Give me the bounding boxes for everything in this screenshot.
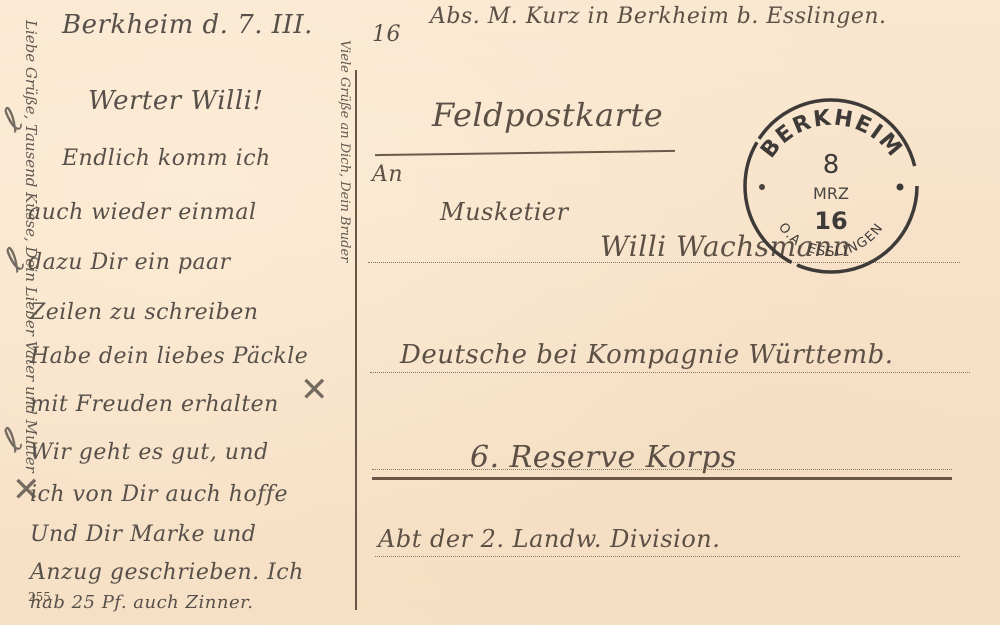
postmark-month: MRZ — [813, 184, 849, 203]
message-line: ich von Dir auch hoffe — [30, 482, 288, 507]
message-line: mit Freuden erhalten — [30, 392, 279, 417]
recipient-prefix: Musketier — [440, 198, 569, 226]
message-line: Habe dein liebes Päckle — [30, 344, 308, 369]
card-title: Feldpostkarte — [432, 96, 663, 134]
message-line: hab 25 Pf. auch Zinner. — [30, 592, 253, 613]
message-line: Endlich komm ich — [62, 146, 271, 171]
title-underline — [375, 150, 675, 156]
postcard: Berkheim d. 7. III. 16 Werter Willi! End… — [0, 0, 1000, 625]
postmark-day: 8 — [823, 150, 840, 180]
message-line: Wir geht es gut, und — [30, 440, 269, 465]
vertical-divider — [355, 70, 357, 610]
salutation: Werter Willi! — [88, 86, 263, 116]
address-rule-3 — [372, 469, 952, 470]
message-line: Und Dir Marke und — [30, 522, 256, 547]
sender-line: Abs. M. Kurz in Berkheim b. Esslingen. — [430, 4, 887, 29]
place-date: Berkheim d. 7. III. — [62, 10, 313, 40]
address-line-1: Deutsche bei Kompagnie Württemb. — [400, 340, 894, 370]
address-solid-rule — [372, 477, 952, 480]
to-label: An — [372, 162, 403, 187]
margin-vertical-text-right: Viele Grüße an Dich, Dein Bruder — [337, 40, 352, 262]
message-line: dazu Dir ein paar — [28, 250, 231, 275]
print-number: 255 — [28, 590, 51, 604]
address-rule-2 — [370, 372, 970, 373]
margin-vertical-text: Liebe Grüße, Tausend Küsse, Dein Lieber … — [22, 20, 40, 473]
cross-writing-mark: ✕ — [12, 470, 41, 510]
message-line: Zeilen zu schreiben — [30, 300, 258, 325]
cross-writing-mark: ✕ — [300, 370, 329, 410]
postmark-year: 16 — [814, 207, 847, 235]
message-line: auch wieder einmal — [28, 200, 257, 225]
address-line-3: Abt der 2. Landw. Division. — [378, 525, 720, 553]
postmark-icon: BERKHEIM O.A. ESSLINGEN 8 MRZ 16 — [740, 95, 922, 277]
address-rule-4 — [375, 556, 960, 557]
message-line: Anzug geschrieben. Ich — [30, 560, 304, 585]
year: 16 — [372, 22, 401, 47]
postmark-stamp: BERKHEIM O.A. ESSLINGEN 8 MRZ 16 — [740, 95, 922, 277]
